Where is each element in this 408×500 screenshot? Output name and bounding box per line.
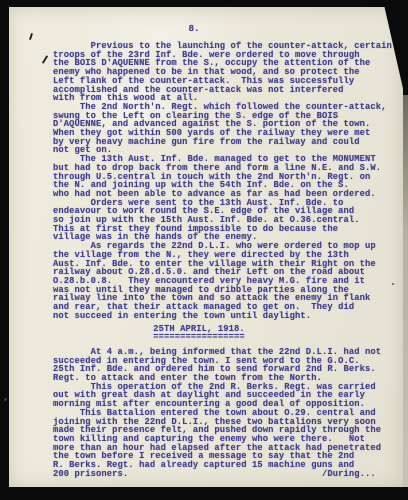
text-line: ================= <box>53 333 345 342</box>
paragraph-4am-orders: At 4 a.m., being informed that the 22nd … <box>53 348 397 383</box>
document-body: Previous to the launching of the counter… <box>53 42 397 478</box>
paragraph-battalion-entered-town: This Battalion entered the town about O.… <box>53 409 397 479</box>
paragraph-berks-operation: This operation of the 2nd R. Berks. Regt… <box>53 383 397 409</box>
paragraph-2nd-northn-regt: The 2nd North'n. Regt. which followed th… <box>53 103 397 155</box>
date-heading: 25TH APRIL, 1918.================= <box>53 325 345 342</box>
paragraph-13th-aust-bde: The 13th Aust. Inf. Bde. managed to get … <box>53 155 397 199</box>
paragraph-orders-13th-aust: Orders were sent to the 13th Aust. Inf. … <box>53 199 397 243</box>
page-number: 8. <box>0 23 391 34</box>
text-line: 200 prisoners. /During... <box>53 470 397 479</box>
pen-stroke-mark <box>42 55 48 64</box>
scan-speck <box>392 283 394 285</box>
document-page: 8. Previous to the launching of the coun… <box>9 7 403 487</box>
scan-speck <box>4 398 7 401</box>
paragraph-22nd-dli-mop-up: As regards the 22nd D.L.I. who were orde… <box>53 242 397 320</box>
text-line: not succeed in entering the town until d… <box>53 312 397 321</box>
scanned-document: { "page": { "number": "8.", "ink_color":… <box>0 0 408 500</box>
paragraph-counter-attack-launch: Previous to the launching of the counter… <box>53 42 397 103</box>
